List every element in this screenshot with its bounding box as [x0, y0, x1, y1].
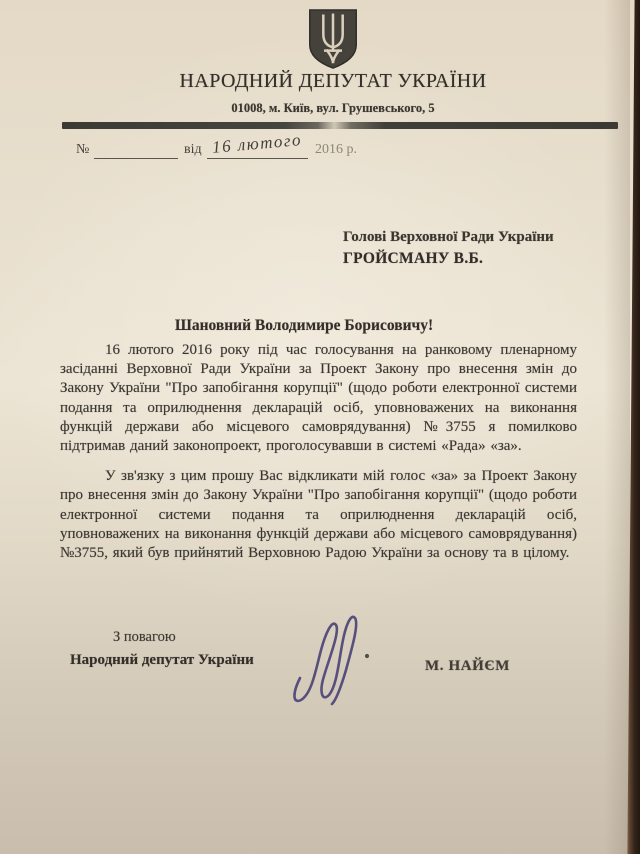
addressee-title: Голові Верховної Ради України [343, 226, 554, 248]
letterhead-address: 01008, м. Київ, вул. Грушевського, 5 [26, 101, 640, 116]
handwritten-signature [288, 604, 376, 710]
date-label: від [184, 142, 202, 158]
closing-regards: З повагою [113, 629, 176, 646]
signer-name: М. НАЙЄМ [425, 658, 510, 675]
addressee-name: ГРОЙСМАНУ В.Б. [343, 248, 554, 270]
closing-position: Народний депутат України [70, 652, 254, 669]
ukraine-trident-emblem-icon [306, 8, 360, 70]
ink-dot [365, 654, 369, 658]
salutation: Шановний Володимире Борисовичу! [0, 317, 608, 335]
year-label: 2016 р. [315, 142, 357, 158]
number-blank-line [94, 158, 178, 159]
letter-body: 16 лютого 2016 року під час голосування … [60, 341, 577, 574]
number-label: № [76, 142, 89, 158]
letterhead-title: НАРОДНИЙ ДЕПУТАТ УКРАЇНИ [26, 70, 640, 93]
page-edge-shadow [604, 0, 630, 854]
letterhead-divider [62, 122, 618, 129]
photographed-letter: НАРОДНИЙ ДЕПУТАТ УКРАЇНИ 01008, м. Київ,… [0, 0, 640, 854]
paragraph-1: 16 лютого 2016 року під час голосування … [60, 341, 577, 456]
addressee-block: Голові Верховної Ради України ГРОЙСМАНУ … [343, 226, 554, 270]
date-blank-line [207, 158, 308, 159]
reference-line: № від 16 лютого 2016 р. [0, 140, 640, 166]
paragraph-2: У зв'язку з цим прошу Вас відкликати мій… [60, 467, 577, 563]
